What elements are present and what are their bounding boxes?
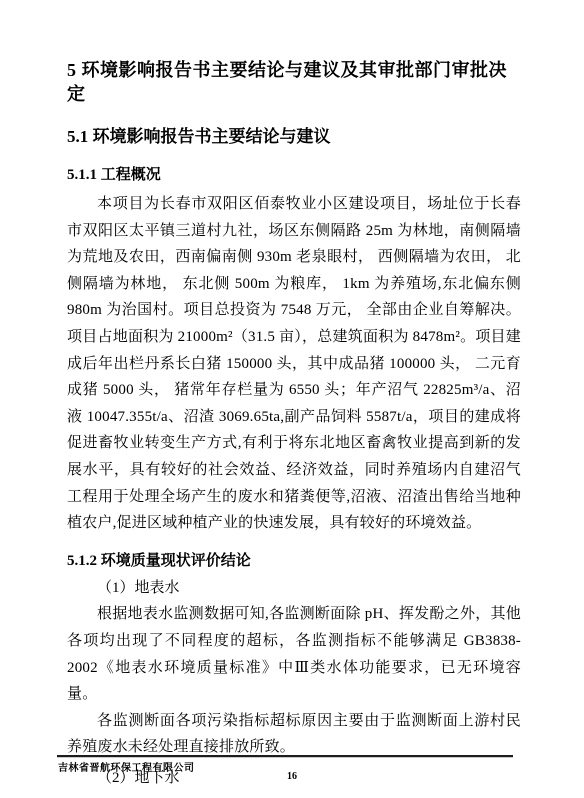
document-page: 5 环境影响报告书主要结论与建议及其审批部门审批决定 5.1 环境影响报告书主要…	[0, 0, 584, 798]
surface-water-paragraph-1: 根据地表水监测数据可知,各监测断面除 pH、挥发酚之外，其他各项均出现了不同程度…	[67, 601, 521, 707]
page-number: 16	[0, 771, 584, 782]
section-5-1-1-heading: 5.1.1 工程概况	[67, 165, 521, 185]
section-5-1-heading: 5.1 环境影响报告书主要结论与建议	[67, 126, 521, 148]
project-overview-paragraph: 本项目为长春市双阳区佰泰牧业小区建设项目，场址位于长春市双阳区太平镇三道村九社，…	[67, 191, 521, 537]
section-5-1-2-heading: 5.1.2 环境质量现状评价结论	[67, 551, 521, 571]
chapter-heading: 5 环境影响报告书主要结论与建议及其审批部门审批决定	[67, 58, 521, 106]
footer-divider	[57, 755, 513, 757]
surface-water-paragraph-2: 各监测断面各项污染指标超标原因主要由于监测断面上游村民养殖废水未经处理直接排放所…	[67, 708, 521, 761]
surface-water-item-label: （1）地表水	[67, 575, 521, 602]
page-content: 5 环境影响报告书主要结论与建议及其审批部门审批决定 5.1 环境影响报告书主要…	[67, 58, 521, 791]
